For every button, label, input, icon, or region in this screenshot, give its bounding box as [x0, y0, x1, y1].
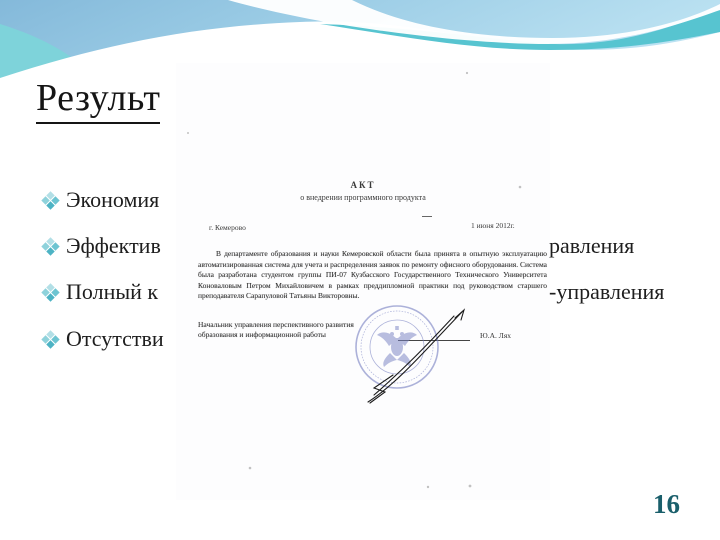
doc-signature-title: Начальник управления перспективного разв… — [198, 320, 368, 340]
doc-subheading: о внедрении программного продукта — [176, 193, 550, 202]
diamond-bullet-icon — [41, 237, 59, 255]
diamond-bullet-icon — [41, 330, 59, 348]
scanned-act-document: АКТ о внедрении программного продукта г.… — [176, 63, 550, 500]
doc-body-paragraph: В департаменте образования и науки Кемер… — [198, 249, 547, 302]
bullet-text-3: Полный к — [66, 278, 158, 306]
double-eagle-emblem — [377, 326, 417, 367]
bullet-row-1: Экономия — [44, 186, 159, 214]
diamond-bullet-icon — [41, 191, 59, 209]
doc-signature-line — [398, 340, 470, 341]
doc-signature-title-line2: образования и информационной работы — [198, 330, 326, 339]
bullet-text-1: Экономия — [66, 186, 159, 214]
doc-date: 1 июня 2012г. — [471, 221, 515, 230]
handwritten-signature — [368, 310, 464, 403]
diamond-bullet-icon — [41, 283, 59, 301]
bullet-right-fragment-3: -управления — [549, 278, 664, 306]
doc-dash-mark — [422, 216, 432, 217]
slide-title: Результ — [36, 78, 160, 124]
bullet-row-4: Отсутстви — [44, 325, 164, 353]
bullet-text-4: Отсутстви — [66, 325, 164, 353]
doc-city: г. Кемерово — [209, 223, 246, 232]
page-number: 16 — [653, 489, 680, 520]
presentation-slide: Результ Экономия Эффектив Полный к Отсут… — [0, 0, 720, 540]
bullet-row-2: Эффектив — [44, 232, 161, 260]
bullet-row-3: Полный к — [44, 278, 158, 306]
doc-heading: АКТ — [176, 180, 550, 190]
bullet-right-fragment-2: равления — [549, 232, 634, 260]
bullet-text-2: Эффектив — [66, 232, 161, 260]
doc-signature-title-line1: Начальник управления перспективного разв… — [198, 320, 354, 329]
doc-signatory-name: Ю.А. Лях — [480, 331, 511, 340]
round-seal-stamp — [356, 306, 438, 388]
